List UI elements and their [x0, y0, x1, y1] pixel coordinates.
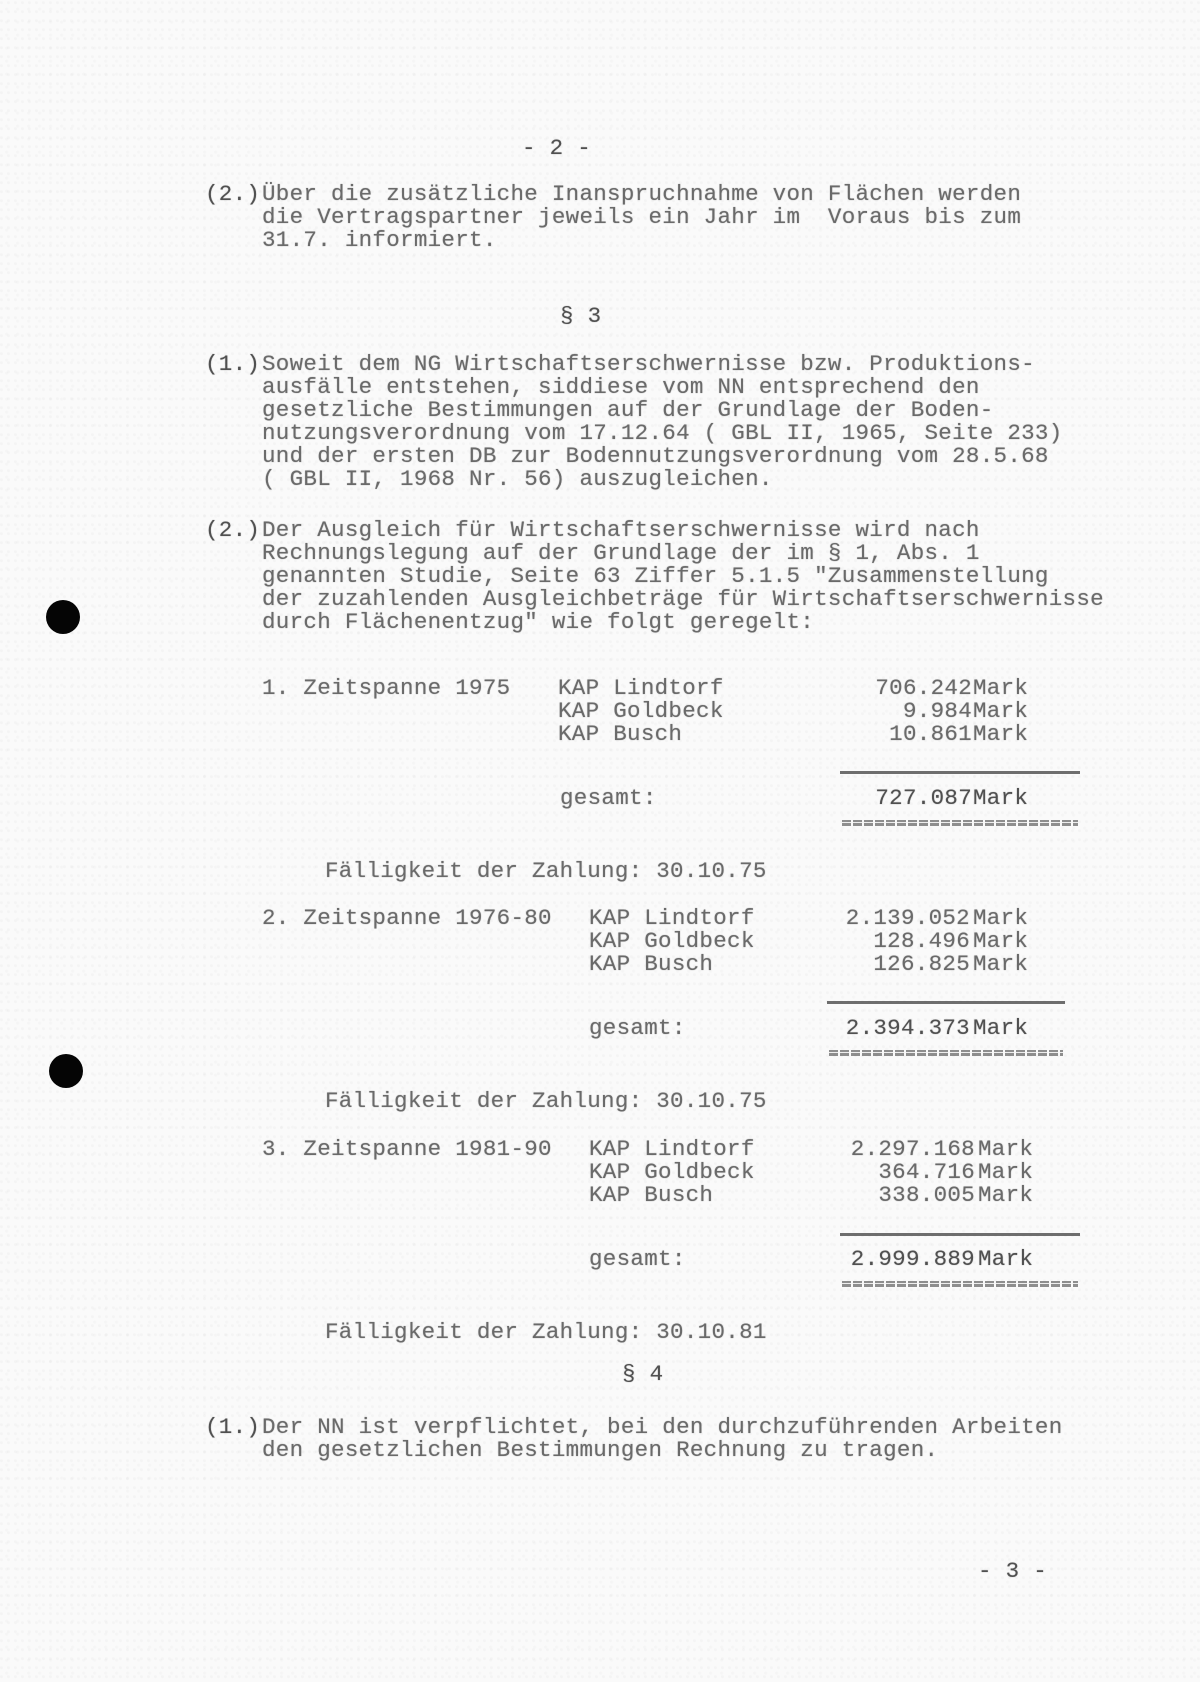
punch-hole-top: [46, 600, 80, 634]
para-label: (2.): [205, 183, 260, 207]
document-page: - 2 - (2.) Über die zusätzliche Inanspru…: [0, 0, 1200, 1682]
currency: Mark: [973, 953, 1028, 977]
kap-name: KAP Lindtorf: [589, 1138, 755, 1162]
amount: 364.716: [878, 1161, 975, 1185]
total-amount: 2.394.373: [846, 1017, 970, 1041]
section-heading: § 3: [560, 305, 601, 329]
double-rule: [842, 820, 1078, 826]
punch-hole-bottom: [49, 1054, 83, 1088]
para-line: durch Flächenentzug" wie folgt geregelt:: [262, 611, 814, 635]
total-amount: 2.999.889: [851, 1248, 975, 1272]
para-line: der zuzahlenden Ausgleichbeträge für Wir…: [262, 588, 1104, 612]
due-date: Fälligkeit der Zahlung: 30.10.75: [325, 860, 767, 884]
total-amount: 727.087: [875, 787, 972, 811]
total-label: gesamt:: [560, 787, 657, 811]
total-label: gesamt:: [589, 1017, 686, 1041]
amount: 128.496: [873, 930, 970, 954]
currency: Mark: [973, 907, 1028, 931]
page-number-footer: - 3 -: [978, 1560, 1047, 1584]
kap-name: KAP Busch: [558, 723, 682, 747]
kap-name: KAP Goldbeck: [589, 930, 755, 954]
total-label: gesamt:: [589, 1248, 686, 1272]
amount: 10.861: [889, 723, 972, 747]
para-line: die Vertragspartner jeweils ein Jahr im …: [262, 206, 1021, 230]
amount: 2.139.052: [846, 907, 970, 931]
period-label: 1. Zeitspanne 1975: [262, 677, 510, 701]
kap-name: KAP Busch: [589, 953, 713, 977]
sum-rule: [840, 771, 1080, 774]
amount: 2.297.168: [851, 1138, 975, 1162]
amount: 9.984: [903, 700, 972, 724]
currency: Mark: [973, 700, 1028, 724]
para-line: und der ersten DB zur Bodennutzungsveror…: [262, 445, 1049, 469]
para-line: gesetzliche Bestimmungen auf der Grundla…: [262, 399, 994, 423]
period-label: 2. Zeitspanne 1976-80: [262, 907, 552, 931]
section-heading: § 4: [622, 1363, 663, 1387]
currency: Mark: [973, 787, 1028, 811]
currency: Mark: [973, 677, 1028, 701]
page-number-header: - 2 -: [522, 137, 591, 161]
para-line: Der NN ist verpflichtet, bei den durchzu…: [262, 1416, 1063, 1440]
currency: Mark: [978, 1184, 1033, 1208]
para-line: ausfälle entstehen, siddiese vom NN ents…: [262, 376, 980, 400]
kap-name: KAP Goldbeck: [589, 1161, 755, 1185]
para-line: Rechnungslegung auf der Grundlage der im…: [262, 542, 980, 566]
amount: 706.242: [875, 677, 972, 701]
para-label: (2.): [205, 519, 260, 543]
double-rule: [842, 1281, 1078, 1287]
currency: Mark: [973, 723, 1028, 747]
amount: 338.005: [878, 1184, 975, 1208]
kap-name: KAP Busch: [589, 1184, 713, 1208]
currency: Mark: [978, 1161, 1033, 1185]
period-label: 3. Zeitspanne 1981-90: [262, 1138, 552, 1162]
kap-name: KAP Lindtorf: [589, 907, 755, 931]
para-line: 31.7. informiert.: [262, 229, 497, 253]
para-line: Soweit dem NG Wirtschaftserschwernisse b…: [262, 353, 1035, 377]
kap-name: KAP Goldbeck: [558, 700, 724, 724]
para-line: nutzungsverordnung vom 17.12.64 ( GBL II…: [262, 422, 1063, 446]
due-date: Fälligkeit der Zahlung: 30.10.75: [325, 1090, 767, 1114]
para-line: Über die zusätzliche Inanspruchnahme von…: [262, 183, 1021, 207]
currency: Mark: [978, 1248, 1033, 1272]
sum-rule: [840, 1233, 1080, 1236]
currency: Mark: [978, 1138, 1033, 1162]
due-date: Fälligkeit der Zahlung: 30.10.81: [325, 1321, 767, 1345]
currency: Mark: [973, 1017, 1028, 1041]
amount: 126.825: [873, 953, 970, 977]
kap-name: KAP Lindtorf: [558, 677, 724, 701]
sum-rule: [827, 1001, 1065, 1004]
para-label: (1.): [205, 353, 260, 377]
para-line: Der Ausgleich für Wirtschaftserschwernis…: [262, 519, 980, 543]
double-rule: [829, 1050, 1063, 1056]
para-line: den gesetzlichen Bestimmungen Rechnung z…: [262, 1439, 938, 1463]
para-line: ( GBL II, 1968 Nr. 56) auszugleichen.: [262, 468, 773, 492]
currency: Mark: [973, 930, 1028, 954]
para-label: (1.): [205, 1416, 260, 1440]
para-line: genannten Studie, Seite 63 Ziffer 5.1.5 …: [262, 565, 1049, 589]
